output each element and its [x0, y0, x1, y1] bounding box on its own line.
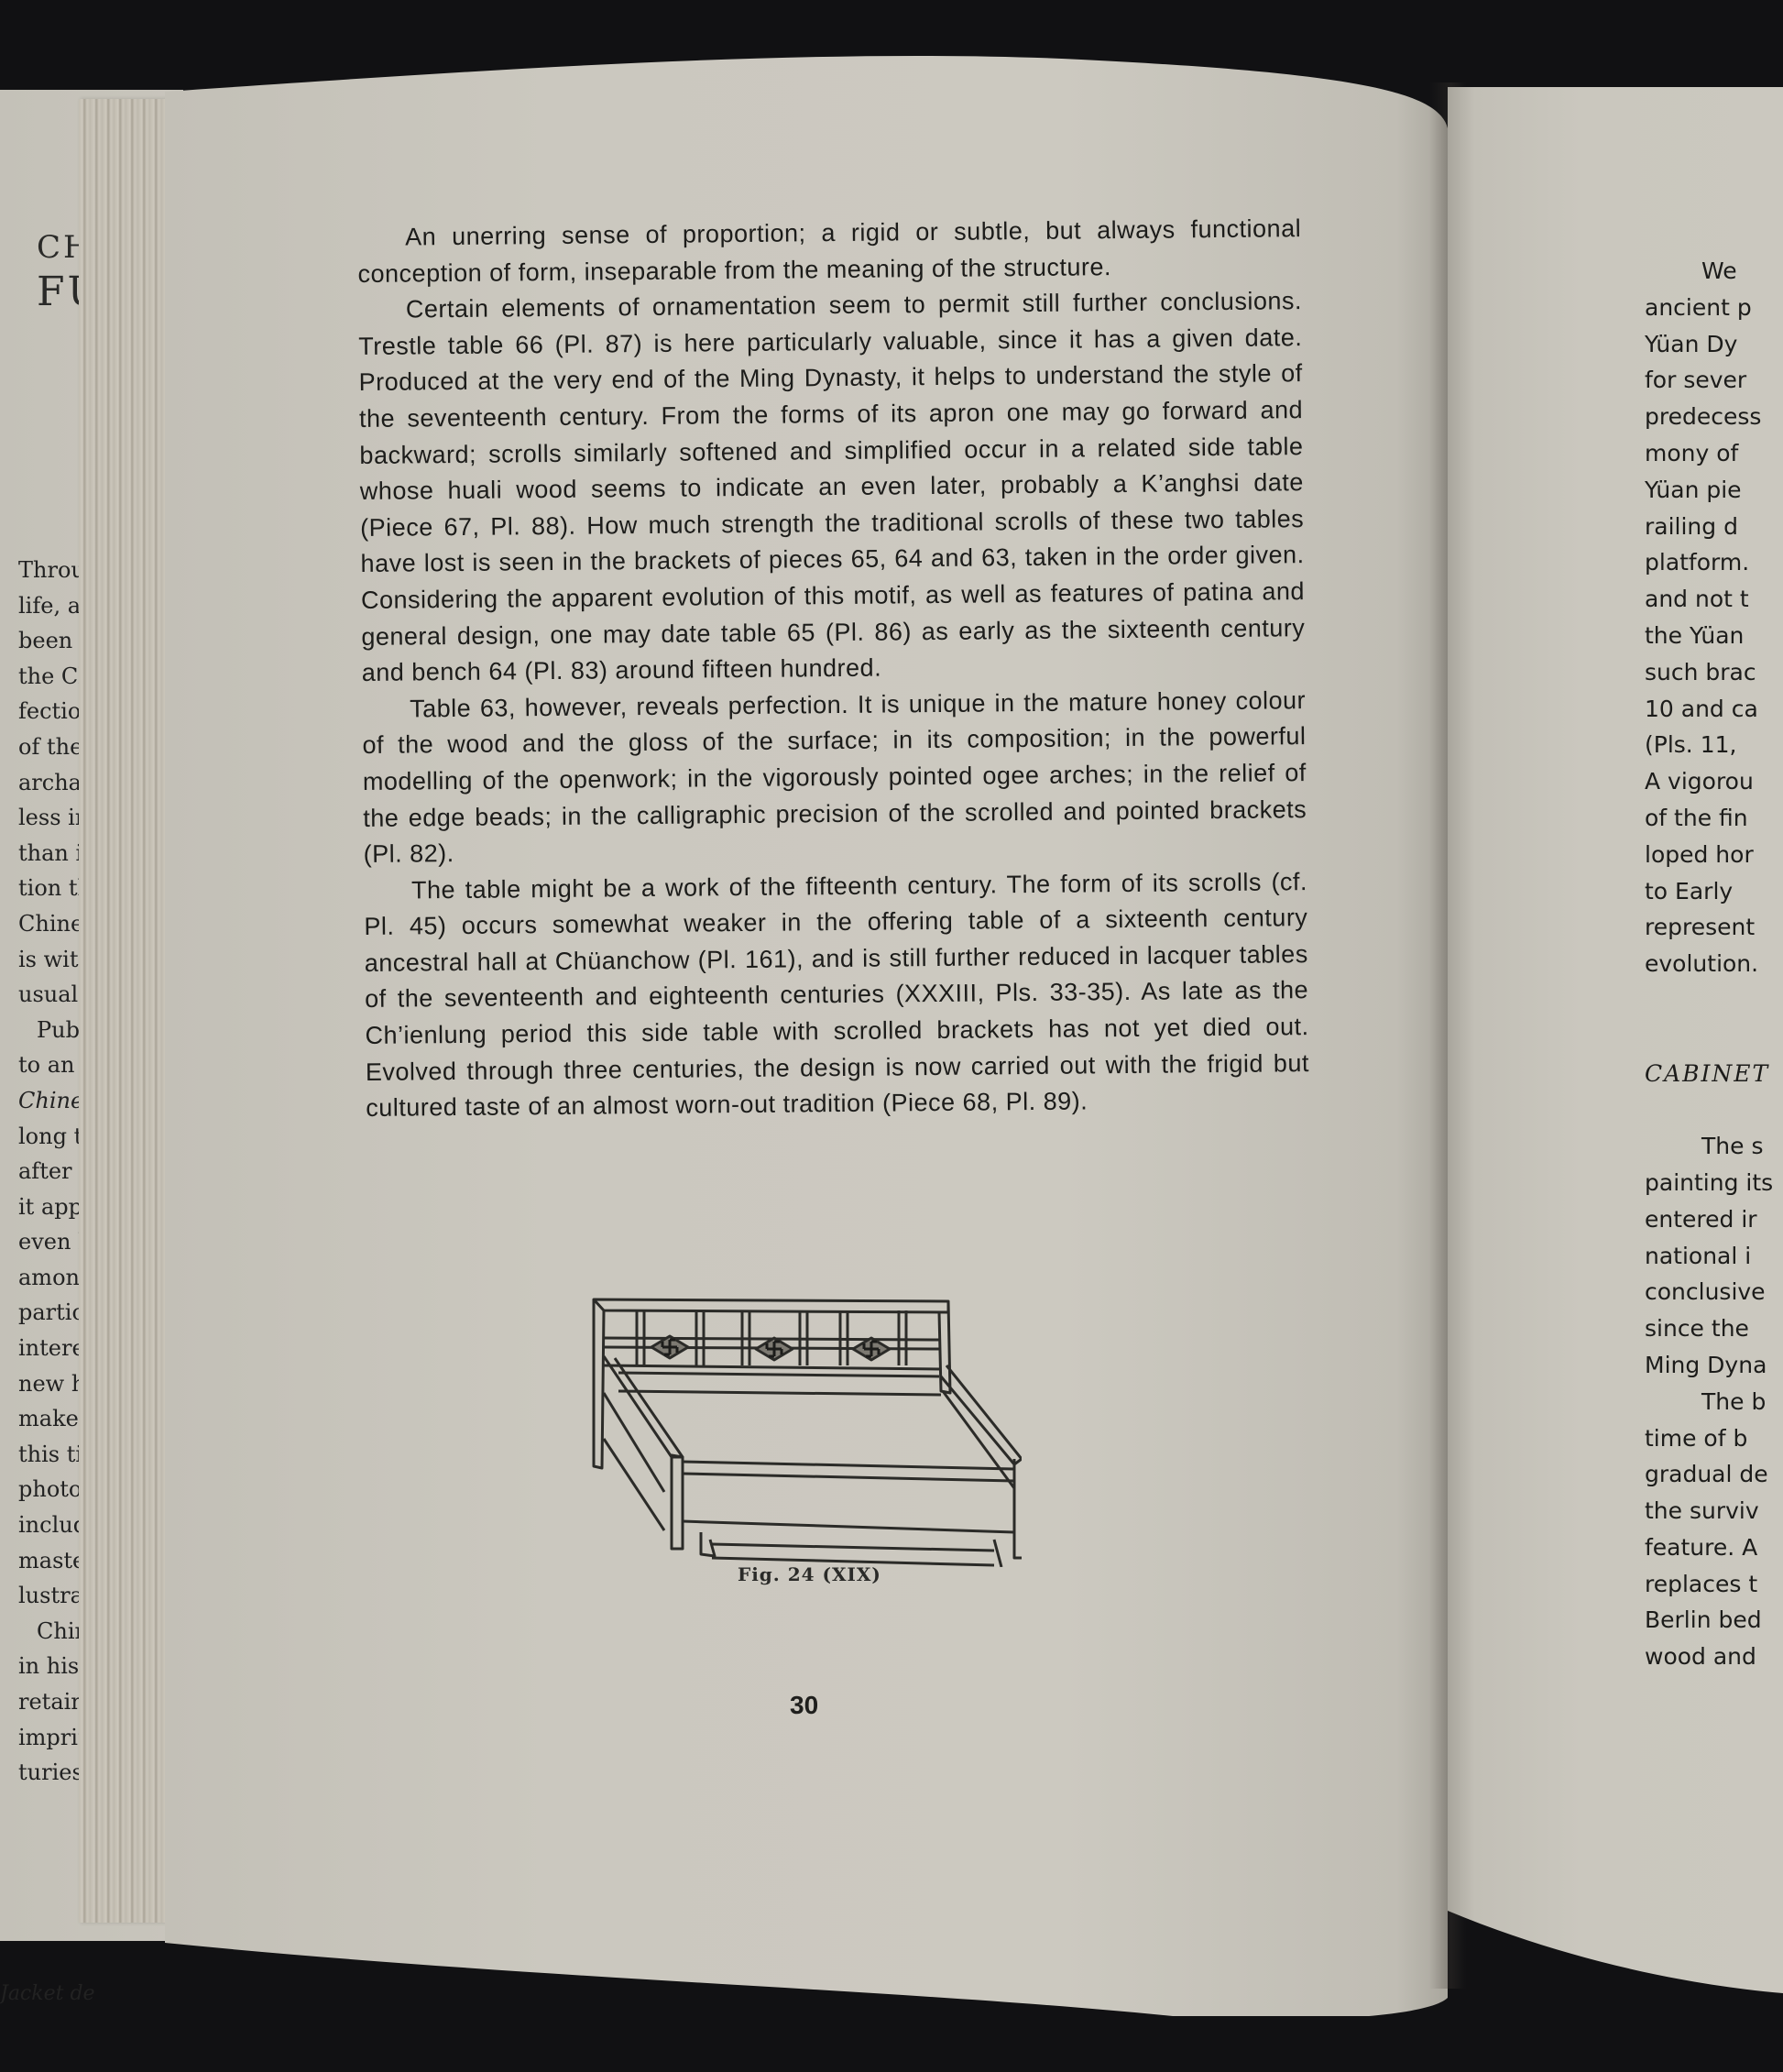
right-page-text-column: Weancient pYüan Dyfor severpredecessmony… [1645, 253, 1783, 1675]
right-text-line: of the fin [1645, 800, 1783, 837]
right-text-line: A vigorou [1645, 763, 1783, 800]
right-text-line: mony of [1645, 435, 1783, 472]
right-text-line: to Early [1645, 873, 1783, 910]
right-text-line: replaces t [1645, 1566, 1783, 1603]
right-text-line: and not t [1645, 581, 1783, 618]
right-text-line: railing d [1645, 509, 1783, 545]
right-text-line [1645, 1019, 1783, 1056]
right-text-line [1645, 1091, 1783, 1128]
paragraph-1: An unerring sense of proportion; a rigid… [357, 211, 1302, 292]
right-text-line: conclusive [1645, 1274, 1783, 1310]
right-text-line: evolution. [1645, 946, 1783, 982]
right-text-line: gradual de [1645, 1456, 1783, 1493]
right-text-line: loped hor [1645, 837, 1783, 873]
page-edge-stack [79, 99, 170, 1923]
right-text-line: ancient p [1645, 290, 1783, 326]
right-text-line: since the [1645, 1310, 1783, 1347]
right-text-line: 10 and ca [1645, 691, 1783, 728]
right-text-line: the surviv [1645, 1493, 1783, 1529]
right-text-line: We [1645, 253, 1783, 290]
figure-caption: Fig. 24 (XIX) [738, 1563, 881, 1585]
right-text-line: The s [1645, 1128, 1783, 1165]
right-text-line: time of b [1645, 1420, 1783, 1457]
section-heading: CABINET [1645, 1056, 1783, 1092]
right-text-line: Yüan Dy [1645, 326, 1783, 363]
right-text-line: entered ir [1645, 1201, 1783, 1238]
right-text-line: represent [1645, 909, 1783, 946]
page-number: 30 [790, 1691, 818, 1720]
right-text-line: for sever [1645, 362, 1783, 399]
right-text-line: national i [1645, 1238, 1783, 1275]
right-text-line: Ming Dyna [1645, 1347, 1783, 1384]
right-text-line: Berlin bed [1645, 1602, 1783, 1639]
couch-illustration [591, 1292, 1022, 1567]
right-text-line: The b [1645, 1384, 1783, 1420]
paragraph-4: The table might be a work of the fifteen… [364, 864, 1310, 1127]
right-text-line: predecess [1645, 399, 1783, 435]
main-body-text: An unerring sense of proportion; a rigid… [357, 211, 1309, 1127]
paragraph-2: Certain elements of ornamentation seem t… [358, 283, 1306, 691]
right-text-line: wood and [1645, 1639, 1783, 1675]
right-text-line: painting its [1645, 1165, 1783, 1201]
right-text-line: feature. A [1645, 1529, 1783, 1566]
right-text-line: Yüan pie [1645, 472, 1783, 509]
right-text-line: the Yüan [1645, 618, 1783, 654]
right-text-line: (Pls. 11, [1645, 727, 1783, 763]
paragraph-3: Table 63, however, reveals perfection. I… [362, 683, 1307, 873]
right-text-line [1645, 982, 1783, 1019]
jacket-design-note: Jacket de [0, 1982, 95, 2005]
right-text-line: platform. [1645, 544, 1783, 581]
right-text-line: such brac [1645, 654, 1783, 691]
